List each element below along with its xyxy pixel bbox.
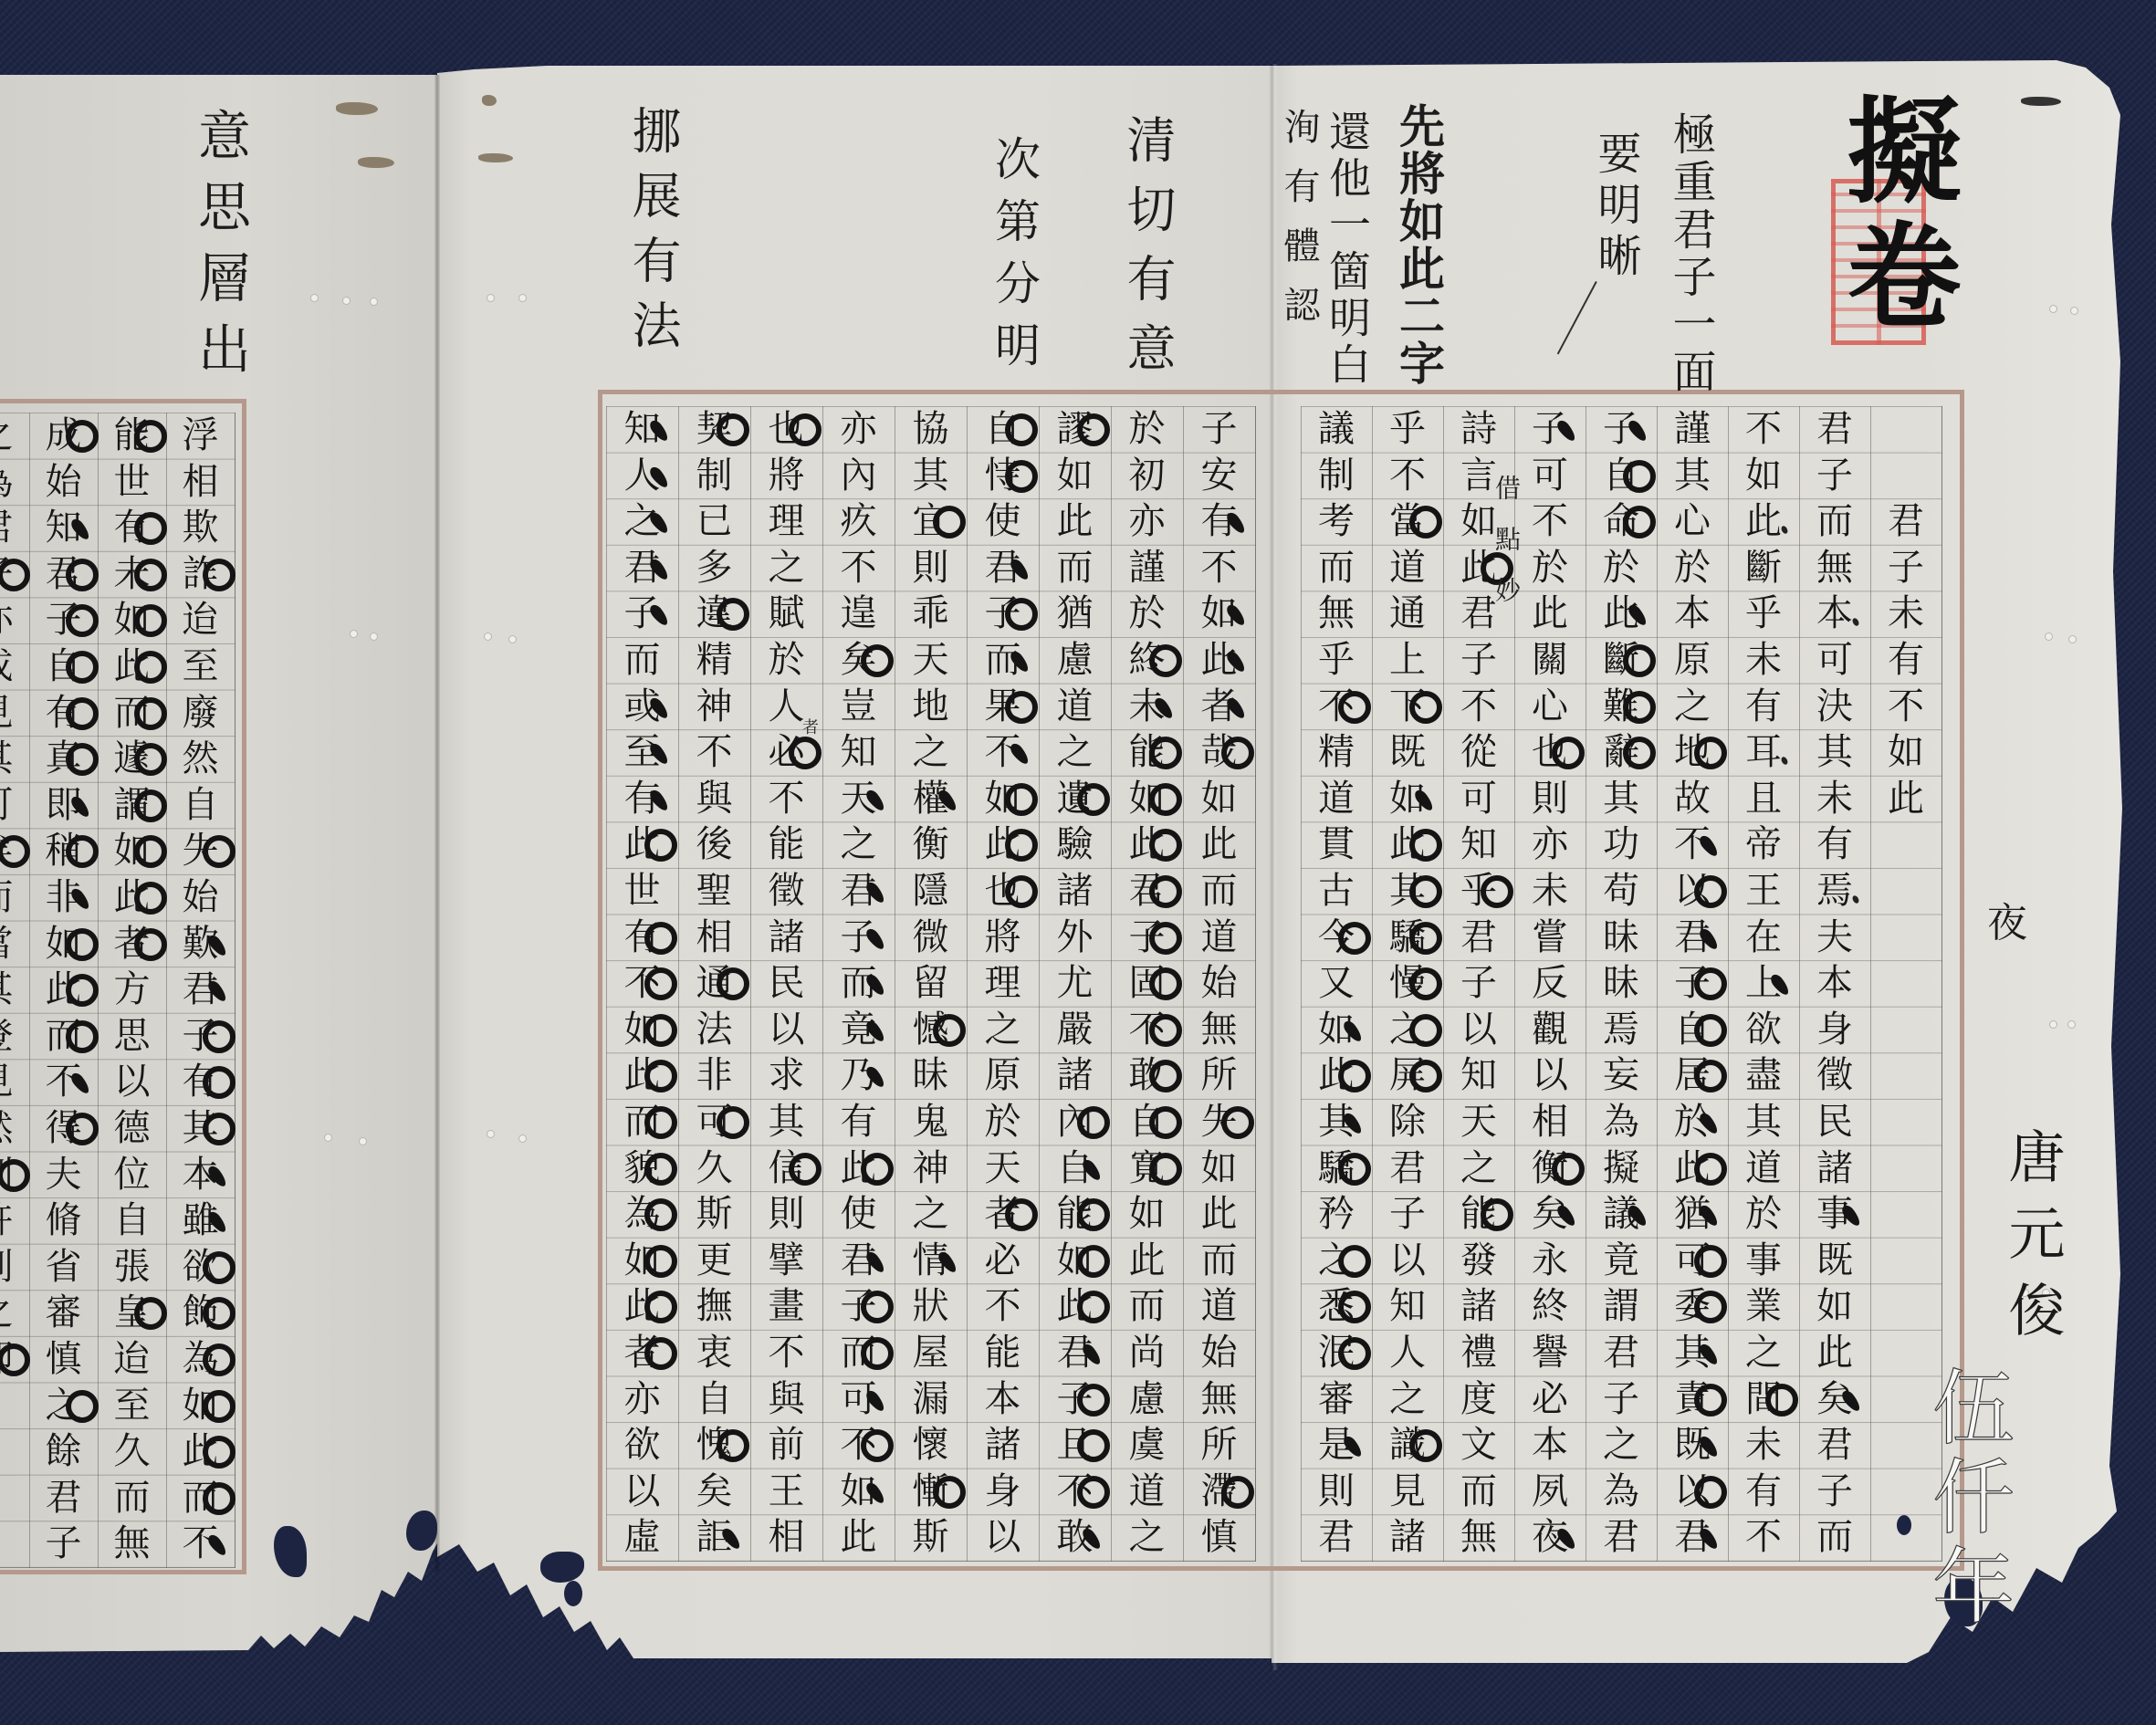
circle-mark-icon [1694, 1153, 1727, 1186]
circle-mark-icon [933, 1014, 966, 1047]
pinhole [370, 298, 378, 306]
essay-character: 使 [822, 1191, 895, 1238]
essay-character: 審 [1301, 1376, 1372, 1423]
essay-column-partial: 之為君子亦成見其可矣而當其登見然則許則之即 [0, 413, 29, 1567]
essay-character: 妄 [1586, 1052, 1657, 1099]
essay-character: 所 [1183, 1052, 1255, 1099]
essay-character: 可 [1514, 453, 1586, 499]
essay-character: 始 [1183, 960, 1255, 1007]
essay-character: 不 [1372, 453, 1443, 499]
essay-character: 業 [1728, 1283, 1799, 1330]
essay-character: 以 [1514, 1052, 1586, 1099]
circle-mark-icon [1077, 1476, 1110, 1509]
essay-character: 矣 [1799, 1376, 1870, 1423]
essay-character: 之 [0, 413, 29, 459]
grade-mark: 擬卷 [1837, 91, 1951, 341]
circle-mark-icon [644, 922, 677, 955]
essay-character: 慎 [1183, 1514, 1255, 1561]
essay-character: 君 [1039, 1330, 1111, 1376]
essay-character: 竟 [822, 1007, 895, 1053]
circle-mark-icon [134, 420, 167, 453]
essay-character: 民 [750, 960, 822, 1007]
circle-mark-icon [1149, 922, 1182, 955]
essay-character: 心 [1514, 684, 1586, 730]
essay-character: 必 [1514, 1376, 1586, 1423]
pinhole [518, 294, 527, 302]
essay-character: 本 [1799, 591, 1870, 637]
essay-character: 是 [1301, 1422, 1372, 1469]
essay-column: 不如此斷乎未有耳且帝王在上欲盡其道於事業之間未有不 [1728, 406, 1799, 1561]
essay-character: 始 [29, 459, 98, 506]
essay-character: 世 [606, 868, 678, 915]
essay-character: 於 [1657, 1099, 1728, 1145]
circle-mark-icon [1694, 1476, 1727, 1509]
circle-mark-icon [789, 1153, 822, 1186]
essay-character: 以 [1443, 1007, 1514, 1053]
essay-column: 議制考而無乎不精道貫古今又如此其驕矜之悉泯審是則君 [1301, 406, 1372, 1561]
essay-character: 身 [967, 1469, 1039, 1515]
essay-character: 當 [0, 921, 29, 967]
essay-character: 諸 [750, 915, 822, 961]
essay-character: 以 [750, 1007, 822, 1053]
essay-column: 謬如此而猶慮道之遺驗諸外尤嚴諸內自能如此君子且不敢 [1039, 406, 1111, 1561]
essay-character: 或 [606, 684, 678, 730]
essay-character: 其 [1586, 776, 1657, 822]
essay-character: 之 [1039, 729, 1111, 776]
essay-character: 不 [166, 1521, 235, 1567]
circle-mark-icon [66, 1390, 99, 1423]
essay-character: 又 [1301, 960, 1372, 1007]
circle-mark-icon [66, 697, 99, 730]
essay-character: 諸 [1039, 868, 1111, 915]
essay-character: 不 [1728, 406, 1799, 453]
essay-character: 道 [1301, 776, 1372, 822]
essay-character: 始 [1183, 1330, 1255, 1376]
pinhole [2070, 307, 2078, 315]
essay-character: 乎 [1728, 591, 1799, 637]
essay-character: 自 [166, 782, 235, 829]
essay-column: 於初亦謹於終未能如此君子固不敢自寬如此而尚慮虞道之 [1111, 406, 1183, 1561]
essay-character: 而 [967, 637, 1039, 684]
essay-character: 尚 [1111, 1330, 1183, 1376]
essay-character: 貫 [1301, 821, 1372, 868]
essay-character: 於 [1111, 406, 1183, 453]
essay-character: 與 [750, 1376, 822, 1423]
essay-character: 此 [1183, 637, 1255, 684]
essay-character: 權 [895, 776, 967, 822]
examiner-comment: 挪展有法 [628, 105, 677, 364]
essay-character: 有 [606, 776, 678, 822]
essay-character: 則 [895, 545, 967, 591]
essay-character: 已 [678, 498, 750, 545]
essay-character: 其 [895, 453, 967, 499]
circle-mark-icon [203, 1020, 235, 1053]
essay-character: 自 [98, 1197, 166, 1244]
essay-column: 成始知君子自有真即稍非如此而不得夫脩省審慎之餘君子 [29, 413, 98, 1567]
circle-mark-icon [1623, 460, 1656, 493]
essay-character: 見 [0, 690, 29, 737]
essay-character: 不 [1443, 684, 1514, 730]
essay-character: 君 [1799, 1422, 1870, 1469]
pinhole [518, 1134, 527, 1143]
essay-character: 諸 [1372, 1514, 1443, 1561]
essay-character: 子 [1183, 406, 1255, 453]
essay-character: 原 [1657, 637, 1728, 684]
essay-character: 之 [822, 821, 895, 868]
examiner-comment: 洵有體認 [1281, 108, 1317, 345]
essay-character: 其 [0, 967, 29, 1013]
circle-mark-icon [1077, 1198, 1110, 1231]
pinhole [484, 632, 492, 641]
essay-character: 見 [0, 1059, 29, 1105]
essay-character: 文 [1443, 1422, 1514, 1469]
essay-character: 子 [29, 1521, 98, 1567]
essay-character: 欲 [606, 1422, 678, 1469]
essay-character: 亦 [0, 597, 29, 643]
essay-character: 未 [1514, 868, 1586, 915]
essay-character: 君 [822, 868, 895, 915]
essay-character: 成 [0, 643, 29, 690]
circle-mark-icon [861, 644, 894, 677]
essay-character: 之 [1586, 1422, 1657, 1469]
essay-character: 矣 [678, 1469, 750, 1515]
essay-character: 子 [1799, 1469, 1870, 1515]
essay-character: 終 [1514, 1283, 1586, 1330]
essay-character: 亦 [1111, 498, 1183, 545]
circle-mark-icon [861, 1153, 894, 1186]
essay-character: 昧 [1586, 960, 1657, 1007]
essay-character: 如 [1039, 453, 1111, 499]
essay-character: 前 [750, 1422, 822, 1469]
essay-character: 求 [750, 1052, 822, 1099]
essay-character: 初 [1111, 453, 1183, 499]
essay-character: 然 [166, 736, 235, 782]
essay-character: 君 [0, 505, 29, 551]
essay-character: 協 [895, 406, 967, 453]
essay-character: 以 [1372, 1238, 1443, 1284]
essay-character: 子 [606, 591, 678, 637]
essay-character: 而 [822, 960, 895, 1007]
essay-character: 撫 [678, 1283, 750, 1330]
essay-column: 亦內疚不遑矣豈知天之君子而竟乃有此使君子而可不如此 [822, 406, 895, 1561]
essay-character: 本 [1657, 591, 1728, 637]
essay-character: 詎 [678, 1514, 750, 1561]
circle-mark-icon [644, 1337, 677, 1370]
circle-mark-icon [1077, 1429, 1110, 1462]
circle-mark-icon [1149, 829, 1182, 862]
circle-mark-icon [1149, 737, 1182, 769]
essay-character: 謹 [1111, 545, 1183, 591]
essay-character: 其 [0, 736, 29, 782]
essay-character: 驗 [1039, 821, 1111, 868]
essay-character: 豈 [822, 684, 895, 730]
essay-character: 發 [1443, 1238, 1514, 1284]
essay-character: 道 [1728, 1145, 1799, 1192]
essay-character: 之 [1443, 1145, 1514, 1192]
circle-mark-icon [1409, 691, 1442, 724]
circle-mark-icon [203, 1482, 235, 1515]
essay-character: 以 [606, 1469, 678, 1515]
essay-character: 而 [1111, 1283, 1183, 1330]
circle-mark-icon [1694, 1245, 1727, 1278]
circle-mark-icon [66, 1113, 99, 1145]
essay-character: 諸 [967, 1422, 1039, 1469]
essay-character: 理 [967, 960, 1039, 1007]
examiner-comment: 先將如此二字 [1396, 102, 1441, 387]
circle-mark-icon [1005, 783, 1038, 816]
essay-character: 位 [98, 1152, 166, 1198]
essay-character: 狀 [895, 1283, 967, 1330]
essay-character: 見 [1372, 1469, 1443, 1515]
essay-character: 謂 [1586, 1283, 1657, 1330]
essay-character: 而 [1799, 498, 1870, 545]
essay-character: 內 [822, 453, 895, 499]
essay-column: 也將理之賦於人必不能徵諸民以求其信則擘畫不與前王相者 [750, 406, 822, 1561]
circle-mark-icon [1149, 644, 1182, 677]
frame-border-top [598, 390, 1964, 394]
essay-character: 鬼 [895, 1099, 967, 1145]
essay-character: 漏 [895, 1376, 967, 1423]
essay-character: 慮 [1111, 1376, 1183, 1423]
essay-character: 思 [98, 1013, 166, 1060]
essay-character: 於 [1586, 545, 1657, 591]
essay-character: 而 [1799, 1514, 1870, 1561]
essay-character: 之 [1372, 1376, 1443, 1423]
circle-mark-icon [66, 974, 99, 1007]
pinhole [487, 1130, 495, 1138]
essay-character: 有 [1728, 684, 1799, 730]
circle-mark-icon [1623, 644, 1656, 677]
inline-examiner-note: 借點妙 [1493, 475, 1519, 628]
essay-column: 謹其心於本原之地故不以君子自居於此猶可委其責既以君 [1657, 406, 1728, 1561]
essay-character: 道 [1039, 684, 1111, 730]
essay-character: 王 [1728, 868, 1799, 915]
circle-mark-icon [66, 559, 99, 591]
circle-mark-icon [1221, 1476, 1254, 1509]
essay-character: 而 [1183, 1238, 1255, 1284]
essay-character: 子 [1443, 637, 1514, 684]
essay-character: 無 [1301, 591, 1372, 637]
essay-character: 此 [1586, 591, 1657, 637]
circle-mark-icon [66, 835, 99, 868]
essay-character: 於 [750, 637, 822, 684]
circle-mark-icon [203, 1113, 235, 1145]
circle-mark-icon [66, 651, 99, 684]
essay-character: 懷 [895, 1422, 967, 1469]
circle-mark-icon [644, 1198, 677, 1231]
essay-character: 子 [1586, 406, 1657, 453]
pinhole [350, 630, 358, 638]
essay-column: 自恃使君子而果不如此也將理之原於天者必不能本諸身以 [967, 406, 1039, 1561]
circle-mark-icon [203, 1066, 235, 1099]
circle-mark-icon [203, 1436, 235, 1469]
circle-mark-icon [644, 829, 677, 862]
essay-character: 如 [1728, 453, 1799, 499]
circle-mark-icon [1221, 1106, 1254, 1139]
essay-character: 可 [822, 1376, 895, 1423]
circle-mark-icon [134, 928, 167, 961]
circle-mark-icon [1694, 967, 1727, 1000]
circle-mark-icon [717, 1106, 749, 1139]
essay-character: 君 [1301, 1514, 1372, 1561]
circle-mark-icon [1409, 1429, 1442, 1462]
essay-character: 此 [1183, 1191, 1255, 1238]
essay-character: 衡 [895, 821, 967, 868]
essay-character: 古 [1301, 868, 1372, 915]
essay-character: 情 [895, 1238, 967, 1284]
essay-character: 則 [1514, 776, 1586, 822]
examiner-comment: 極重君子一面 [1669, 111, 1712, 396]
circle-mark-icon [1149, 1060, 1182, 1092]
examiner-comment: 要明晰 [1594, 131, 1638, 284]
essay-character: 斯 [678, 1191, 750, 1238]
essay-character: 不 [822, 545, 895, 591]
circle-mark-icon [134, 743, 167, 776]
essay-character: 君 [1586, 1330, 1657, 1376]
essay-character: 無 [98, 1521, 166, 1567]
circle-mark-icon [203, 559, 235, 591]
circle-mark-icon [134, 789, 167, 822]
essay-character: 而 [98, 1475, 166, 1521]
pinhole [2049, 305, 2057, 313]
essay-character: 而 [1301, 545, 1372, 591]
essay-character: 則 [750, 1191, 822, 1238]
circle-mark-icon [1149, 1014, 1182, 1047]
essay-character: 如 [1183, 591, 1255, 637]
essay-character: 事 [1728, 1238, 1799, 1284]
essay-character: 自 [678, 1376, 750, 1423]
essay-character: 神 [678, 684, 750, 730]
essay-character: 其 [1799, 729, 1870, 776]
essay-character: 此 [1799, 1330, 1870, 1376]
essay-character: 以 [98, 1059, 166, 1105]
pinhole [2068, 635, 2077, 643]
essay-character: 如 [1870, 729, 1941, 776]
circle-mark-icon [717, 1429, 749, 1462]
essay-character: 而 [1183, 868, 1255, 915]
circle-mark-icon [1409, 922, 1442, 955]
essay-character: 耳 [1728, 729, 1799, 776]
essay-character: 其 [1301, 1099, 1372, 1145]
circle-mark-icon [1409, 506, 1442, 538]
essay-character: 嚴 [1039, 1007, 1111, 1053]
essay-character: 尤 [1039, 960, 1111, 1007]
essay-character: 斯 [895, 1514, 967, 1561]
essay-character: 擘 [750, 1238, 822, 1284]
circle-mark-icon [1552, 1153, 1585, 1186]
circle-mark-icon [1338, 1337, 1371, 1370]
essay-character: 子 [1372, 1191, 1443, 1238]
essay-character: 猶 [1657, 1191, 1728, 1238]
circle-mark-icon [1149, 967, 1182, 1000]
essay-character: 未 [1728, 1422, 1799, 1469]
essay-character: 昧 [895, 1052, 967, 1099]
essay-column: 子安有不如此者哉如此而道始無所失如此而道始無所滯慎 [1183, 406, 1255, 1561]
essay-character: 有 [1728, 1469, 1799, 1515]
essay-character: 此 [822, 1514, 895, 1561]
essay-character: 夙 [1514, 1469, 1586, 1515]
essay-character: 知 [1443, 821, 1514, 868]
circle-mark-icon [1409, 875, 1442, 908]
essay-character: 子 [1514, 406, 1586, 453]
circle-mark-icon [1077, 783, 1110, 816]
essay-character: 子 [1443, 960, 1514, 1007]
circle-mark-icon [1765, 1384, 1798, 1417]
paper-damage-mark [482, 95, 497, 106]
essay-character: 至 [98, 1383, 166, 1429]
essay-character: 即 [29, 782, 98, 829]
essay-character: 之 [606, 498, 678, 545]
pinhole [370, 632, 378, 641]
essay-character: 考 [1301, 498, 1372, 545]
essay-character: 使 [967, 498, 1039, 545]
essay-character: 子 [1870, 545, 1941, 591]
essay-character: 既 [1657, 1422, 1728, 1469]
essay-character: 不 [967, 1283, 1039, 1330]
essay-character: 決 [1799, 684, 1870, 730]
essay-character: 神 [895, 1145, 967, 1192]
circle-mark-icon [134, 512, 167, 545]
essay-character: 矜 [1301, 1191, 1372, 1238]
essay-character: 亦 [822, 406, 895, 453]
essay-character: 未 [1799, 776, 1870, 822]
circle-mark-icon [789, 737, 822, 769]
pinhole [359, 1137, 367, 1145]
essay-column: 浮相欺詐迨至廢然自失始歎君子有其本雖欲飾為如此而不 [166, 413, 235, 1567]
essay-character: 除 [1372, 1099, 1443, 1145]
essay-character: 如 [1372, 776, 1443, 822]
essay-character: 君 [1657, 915, 1728, 961]
essay-character: 永 [1514, 1238, 1586, 1284]
essay-character: 微 [895, 915, 967, 961]
middle-page-writing-grid: 子安有不如此者哉如此而道始無所失如此而道始無所滯慎於初亦謹於終未能如此君子固不敢… [606, 406, 1256, 1562]
essay-character: 君 [1799, 406, 1870, 453]
essay-character: 雖 [166, 1197, 235, 1244]
essay-character: 禮 [1443, 1330, 1514, 1376]
essay-character: 虛 [606, 1514, 678, 1561]
essay-character: 君 [1372, 1145, 1443, 1192]
circle-mark-icon [1409, 1014, 1442, 1047]
essay-character: 徵 [750, 868, 822, 915]
circle-mark-icon [1005, 413, 1038, 446]
right-page-writing-grid: 君子未有不如此君子而無本可決其未有焉夫本身徵民諸事既如此矣君子而不如此斷乎未有耳… [1301, 406, 1942, 1562]
circle-mark-icon [1005, 1198, 1038, 1231]
circle-mark-icon [134, 651, 167, 684]
frame-border-bottom [598, 1566, 1964, 1571]
pinhole [324, 1134, 332, 1142]
essay-character: 其 [1728, 1099, 1799, 1145]
essay-character: 相 [750, 1514, 822, 1561]
circle-mark-icon [1694, 1014, 1727, 1047]
essay-character: 而 [0, 874, 29, 921]
circle-mark-icon [933, 506, 966, 538]
circle-mark-icon [644, 1106, 677, 1139]
essay-character: 能 [750, 821, 822, 868]
pinhole [2049, 1020, 2057, 1029]
essay-character: 本 [967, 1376, 1039, 1423]
essay-character: 謹 [1657, 406, 1728, 453]
circle-mark-icon [717, 967, 749, 1000]
essay-character: 為 [1586, 1099, 1657, 1145]
essay-character: 如 [1183, 776, 1255, 822]
essay-character: 不 [750, 776, 822, 822]
essay-character: 知 [822, 729, 895, 776]
essay-character: 之 [895, 1191, 967, 1238]
essay-character: 如 [1111, 1191, 1183, 1238]
inserted-character: 者 [802, 715, 819, 738]
essay-character: 於 [1514, 545, 1586, 591]
essay-character: 非 [678, 1052, 750, 1099]
